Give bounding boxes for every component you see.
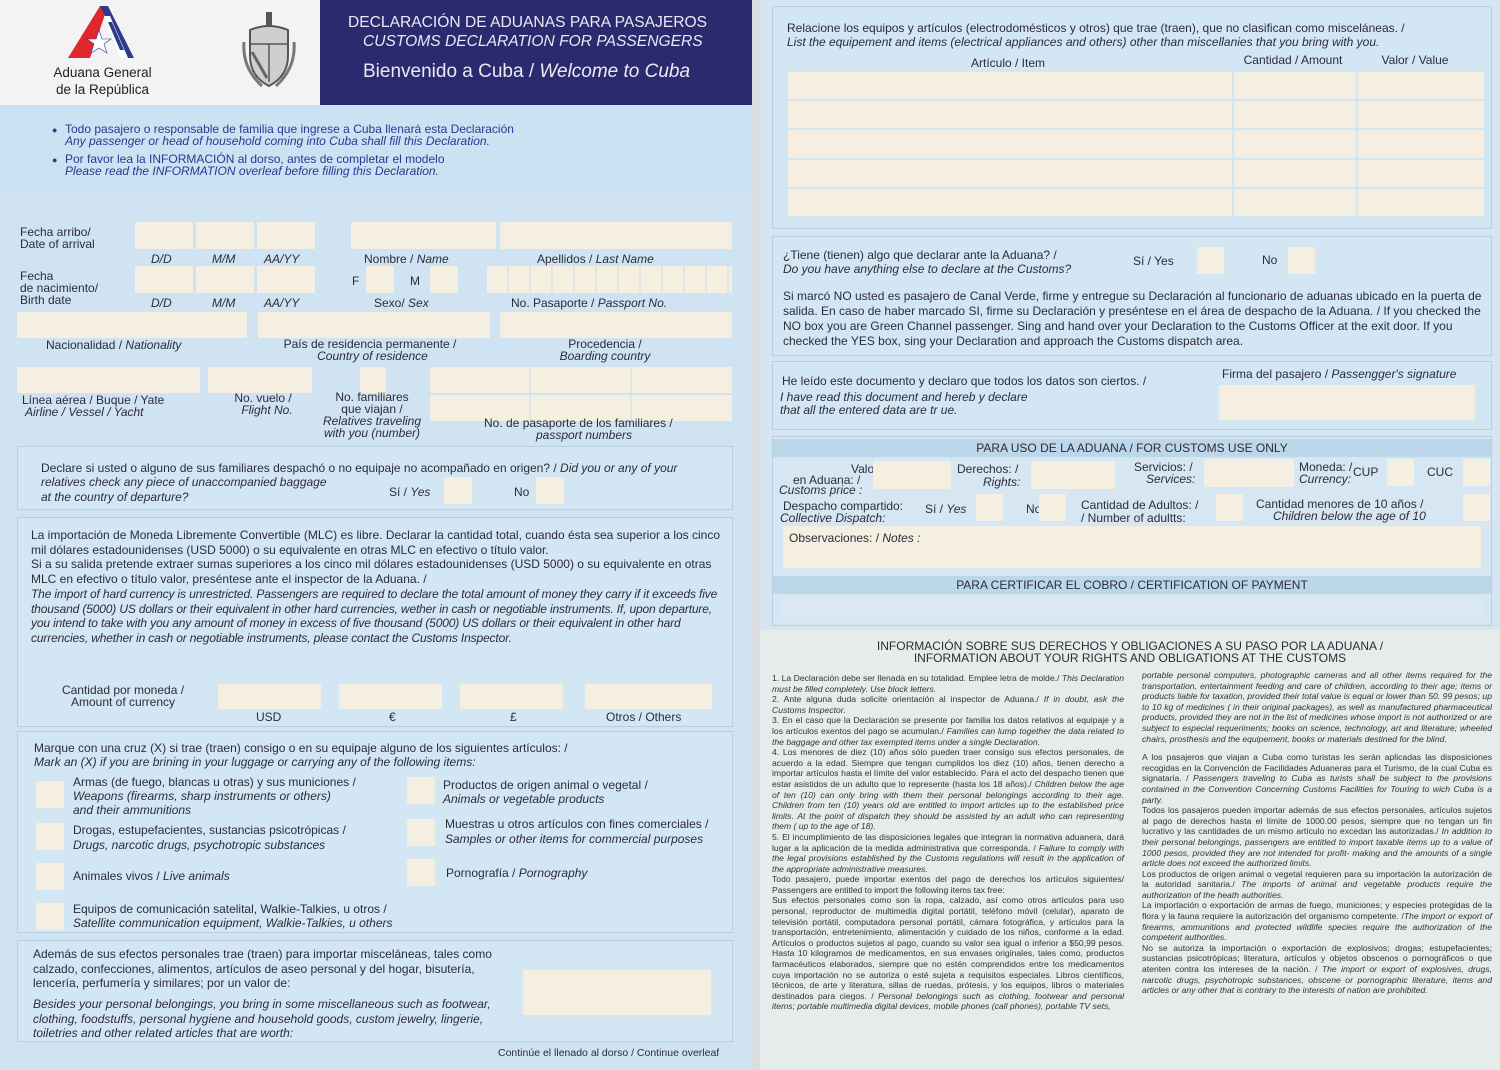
title-es: DECLARACIÓN DE ADUANAS PARA PASAJEROS xyxy=(348,14,707,32)
value-cell[interactable] xyxy=(1358,130,1484,157)
intro-2-en: Please read the INFORMATION overleaf bef… xyxy=(65,164,439,178)
agency-line-1: Aduana General xyxy=(30,64,175,81)
first-name-input[interactable] xyxy=(351,222,496,249)
currency-rule-es-1: La importación de Moneda Libremente Conv… xyxy=(31,528,726,557)
cup-checkbox[interactable] xyxy=(1387,459,1414,486)
passport-en: Passport No. xyxy=(598,296,667,310)
value-cell[interactable] xyxy=(1358,160,1484,187)
live-animals-en: Live animals xyxy=(163,869,230,883)
statement-es: He leído este documento y declaro que to… xyxy=(782,374,1146,388)
agency-name: Aduana General de la República xyxy=(30,64,175,98)
payment-certification-field[interactable] xyxy=(781,597,1483,621)
declare-no-checkbox[interactable] xyxy=(1288,247,1315,274)
signature-label: Firma del pasajero / Passengger's signat… xyxy=(1222,367,1456,381)
info-paragraph: 4. Los menores de diez (10) años sólo pu… xyxy=(772,747,1124,832)
mm-label-2: M/M xyxy=(212,296,235,310)
equipment-list-section: Relacione los equipos y artículos (elect… xyxy=(772,6,1492,229)
name-label: Nombre / Name xyxy=(364,252,449,266)
satellite-label-en: Satellite communication equipment, Walki… xyxy=(73,916,393,930)
dispatch-no-checkbox[interactable] xyxy=(1039,494,1066,521)
relatives-passport-input-row-1[interactable] xyxy=(430,367,732,393)
declare-section: ¿Tiene (tienen) algo que declarar ante l… xyxy=(772,236,1492,356)
dispatch-yes-checbox[interactable] xyxy=(976,494,1003,521)
adults-label-1: Cantidad de Adultos: / xyxy=(1081,498,1198,512)
statement-en-1: I have read this document and hereb y de… xyxy=(780,390,1028,404)
lastname-label: Apellidos / Last Name xyxy=(537,252,654,266)
relatives-label-4: with you (number) xyxy=(318,426,426,440)
coat-of-arms-icon xyxy=(242,12,296,88)
nationality-label: Nacionalidad / Nationality xyxy=(46,338,181,352)
customs-use-section: PARA USO DE LA ADUANA / FOR CUSTOMS USE … xyxy=(772,436,1492,626)
title-en: CUSTOMS DECLARATION FOR PASSENGERS xyxy=(363,33,703,51)
sex-f-label: F xyxy=(352,274,359,288)
declare-q-es: ¿Tiene (tienen) algo que declarar ante l… xyxy=(783,248,1057,262)
services-label-2: Services: xyxy=(1146,472,1195,486)
currency-section: La importación de Moneda Libremente Conv… xyxy=(17,517,733,727)
intro-1-en: Any passenger or head of household comin… xyxy=(65,134,490,148)
live-animals-label: Animales vivos / Live animals xyxy=(73,869,230,883)
weapons-checkbox[interactable] xyxy=(36,781,64,808)
nationality-input[interactable] xyxy=(17,312,247,338)
birth-month-input[interactable] xyxy=(196,266,254,293)
info-paragraph: Todos los pasajeros pueden importar adem… xyxy=(1142,805,1492,869)
item-cell[interactable] xyxy=(788,130,1232,157)
unaccompanied-baggage-section: Declare si usted o alguno de sus familia… xyxy=(17,446,733,510)
yes-en: Yes xyxy=(410,485,430,499)
sex-m-checkbox[interactable] xyxy=(430,266,458,293)
col-value: Valor / Value xyxy=(1355,53,1475,67)
drugs-checkbox[interactable] xyxy=(36,823,64,850)
name-en: Name xyxy=(417,252,449,266)
satellite-equipment-checkbox[interactable] xyxy=(36,903,64,930)
drugs-label: Drogas, estupefacientes, sustancias psic… xyxy=(73,823,346,837)
info-text-es: 2. Ante alguna duda solicite orientación… xyxy=(772,694,1039,704)
amount-cell[interactable] xyxy=(1234,130,1356,157)
birth-year-input[interactable] xyxy=(257,266,315,293)
usd-amount-input[interactable] xyxy=(218,684,321,709)
intro-section: Todo pasajero o responsable de familia q… xyxy=(0,105,752,193)
arrival-label-en: Date of arrival xyxy=(20,237,95,251)
dispatch-yes-label: Sí / Yes xyxy=(925,502,966,516)
services-input[interactable] xyxy=(1204,459,1294,487)
airline-label-en: Airline / Vessel / Yacht xyxy=(25,405,144,419)
amount-cell[interactable] xyxy=(1234,189,1356,216)
baggage-q-en1: Did you or any of your xyxy=(560,461,677,475)
other-currency-input[interactable] xyxy=(585,684,712,709)
samples-label: Muestras u otros artículos con fines com… xyxy=(445,817,708,831)
welcome-en: Welcome to Cuba xyxy=(539,61,690,82)
amount-cell[interactable] xyxy=(1234,101,1356,128)
baggage-no-checkbox[interactable] xyxy=(536,477,564,504)
statement-en-2: that all the entered data are tr ue. xyxy=(780,403,957,417)
live-animals-checkbox[interactable] xyxy=(36,863,64,890)
sex-f-checkbox[interactable] xyxy=(366,266,394,293)
baggage-q-es: Declare si usted o alguno de sus familia… xyxy=(41,461,557,475)
rights-input[interactable] xyxy=(1031,461,1115,489)
baggage-q-en3: at the country of departure? xyxy=(41,490,188,504)
adults-count-input[interactable] xyxy=(1216,494,1243,521)
signature-es: Firma del pasajero / xyxy=(1222,367,1328,381)
rights-label-1: Derechos: / xyxy=(957,462,1018,476)
sex-m-label: M xyxy=(410,274,420,288)
nationality-en: Nationality xyxy=(125,338,181,352)
sex-en: Sex xyxy=(408,296,429,310)
satellite-label: Equipos de comunicación satelital, Walki… xyxy=(73,902,387,916)
dd-label: D/D xyxy=(151,252,172,266)
info-paragraph: 3. En el caso que la Declaración se pres… xyxy=(772,715,1124,747)
dd-label-2: D/D xyxy=(151,296,172,310)
info-paragraph: 2. Ante alguna duda solicite orientación… xyxy=(772,694,1124,715)
pornography-en: Pornography xyxy=(519,866,588,880)
info-paragraph: No se autoriza la importación o exportac… xyxy=(1142,943,1492,996)
yy-label: AA/YY xyxy=(264,252,299,266)
adults-label-2: / Number of adultts: xyxy=(1081,511,1186,525)
info-paragraph: 5. El incumplimiento de las disposicione… xyxy=(772,832,1124,874)
misc-text-es: Además de sus efectos personales trae (t… xyxy=(33,947,501,991)
commercial-samples-checkbox[interactable] xyxy=(407,819,435,846)
residence-input[interactable] xyxy=(258,312,490,338)
value-cell[interactable] xyxy=(1358,72,1484,99)
live-animals-es: Animales vivos / xyxy=(73,869,160,883)
info-paragraph: Los productos de origen animal o vegetal… xyxy=(1142,869,1492,901)
rel-passport-label-en: passport numbers xyxy=(484,428,684,442)
header-title-band: DECLARACIÓN DE ADUANAS PARA PASAJEROS CU… xyxy=(320,0,752,105)
amount-cell[interactable] xyxy=(1234,160,1356,187)
payment-title: PARA CERTIFICAR EL COBRO / CERTIFICATION… xyxy=(773,576,1491,594)
sex-es: Sexo/ xyxy=(374,296,405,310)
flight-number-input[interactable] xyxy=(208,367,312,393)
eur-label: € xyxy=(389,710,396,724)
drugs-label-en: Drugs, narcotic drugs, psychotropic subs… xyxy=(73,838,325,852)
item-cell[interactable] xyxy=(788,160,1232,187)
currency-rule-es-2: Si a su salida pretende extraer sumas su… xyxy=(31,557,726,586)
continue-overleaf-note: Continúe el llenado al dorso / Continue … xyxy=(498,1046,719,1060)
birth-label-3: Birth date xyxy=(20,293,71,307)
info-paragraph: A los pasajeros que viajan a Cuba como t… xyxy=(1142,752,1492,805)
animal-vegetable-label: Productos de origen animal o vegetal / xyxy=(443,778,648,792)
arrival-month-input[interactable] xyxy=(196,222,254,249)
animal-vegetable-label-en: Animals or vegetable products xyxy=(443,792,604,806)
col-item: Artículo / Item xyxy=(788,56,1228,70)
value-cell[interactable] xyxy=(1358,101,1484,128)
info-paragraph: La importación o exportación de armas de… xyxy=(1142,900,1492,942)
information-section: INFORMACIÓN SOBRE SUS DERECHOS Y OBLIGAC… xyxy=(760,630,1500,1070)
declare-yes-checkbox[interactable] xyxy=(1197,247,1224,274)
signature-en: Passengger's signature xyxy=(1331,367,1456,381)
misc-text-en: Besides your personal belongings, you br… xyxy=(33,997,503,1041)
passport-es: No. Pasaporte / xyxy=(511,296,594,310)
notes-label: Observaciones: / Notes : xyxy=(789,531,920,545)
equipment-intro-en: List the equipement and items (electrica… xyxy=(787,35,1379,49)
gbp-label: £ xyxy=(510,710,517,724)
mm-label: M/M xyxy=(212,252,235,266)
baggage-q-en2: relatives check any piece of unaccompani… xyxy=(41,475,327,489)
cuc-label: CUC xyxy=(1427,465,1453,479)
dispatch-label-2: Collective Dispatch: xyxy=(780,511,885,525)
equipment-intro-es: Relacione los equipos y artículos (elect… xyxy=(787,21,1405,35)
weapons-label-en-2: and their ammunitions xyxy=(73,803,191,817)
baggage-question: Declare si usted o alguno de sus familia… xyxy=(41,461,677,475)
cup-label: CUP xyxy=(1353,465,1378,479)
dispatch-yes-es: Sí / xyxy=(925,502,943,516)
misc-value-input[interactable] xyxy=(523,970,711,1015)
value-cell[interactable] xyxy=(1358,189,1484,216)
notes-en: Notes : xyxy=(882,531,920,545)
children-count-input[interactable] xyxy=(1463,494,1490,521)
info-paragraph: portable personal computers, photographi… xyxy=(1142,670,1492,744)
animal-vegetable-checkbox[interactable] xyxy=(407,777,435,804)
declare-q-en: Do you have anything else to declare at … xyxy=(783,262,1071,276)
passport-label: No. Pasaporte / Passport No. xyxy=(511,296,667,310)
col-amount: Cantidad / Amount xyxy=(1233,53,1353,67)
name-es: Nombre / xyxy=(364,252,413,266)
residence-label-en: Country of residence xyxy=(260,349,485,363)
children-label-2: Children below the age of 10 xyxy=(1273,509,1426,523)
declaration-front-page: Aduana General de la República DECLARACI… xyxy=(0,0,752,1070)
cuc-checkbox[interactable] xyxy=(1463,459,1490,486)
boarding-country-input[interactable] xyxy=(500,312,732,338)
last-name-input[interactable] xyxy=(500,222,732,249)
value-label-3: Customs price : xyxy=(779,483,862,497)
info-title-en: INFORMATION ABOUT YOUR RIGHTS AND OBLIGA… xyxy=(760,651,1500,665)
declare-yes-label: Sí / Yes xyxy=(1133,254,1174,268)
declare-no-label: No xyxy=(1262,253,1277,267)
baggage-no-label: No xyxy=(514,485,529,499)
amount-label-en: Amount of currency xyxy=(48,695,198,709)
currency-label-2: Currency: xyxy=(1299,472,1351,486)
info-text-es: 1. La Declaración debe ser llenada en su… xyxy=(772,673,1059,683)
item-cell[interactable] xyxy=(788,72,1232,99)
nationality-es: Nacionalidad / xyxy=(46,338,122,352)
weapons-label: Armas (de fuego, blancas u otras) y sus … xyxy=(73,775,356,789)
welcome-es: Bienvenido a Cuba / xyxy=(363,61,534,82)
arrival-year-input[interactable] xyxy=(257,222,315,249)
passenger-signature-field[interactable] xyxy=(1219,385,1475,420)
pornography-label: Pornografía / Pornography xyxy=(446,866,587,880)
item-cell[interactable] xyxy=(788,101,1232,128)
eur-amount-input[interactable] xyxy=(339,684,442,709)
origin-label-en: Boarding country xyxy=(500,349,710,363)
green-channel-info: Si marcó NO usted es pasajero de Canal V… xyxy=(783,289,1488,349)
airline-input[interactable] xyxy=(17,367,200,393)
aduana-logo-icon xyxy=(66,6,134,58)
agency-line-2: de la República xyxy=(30,81,175,98)
sex-label: Sexo/ Sex xyxy=(374,296,429,310)
equipment-table xyxy=(788,72,1484,218)
baggage-yes-label: Sí / Yes xyxy=(389,485,430,499)
samples-label-en: Samples or other items for commercial pu… xyxy=(445,832,703,846)
currency-rule-en: The import of hard currency is unrestric… xyxy=(31,587,729,645)
info-text-es: Sus efectos personales como son la ropa,… xyxy=(772,895,1124,1000)
info-paragraph: Sus efectos personales como son la ropa,… xyxy=(772,895,1124,1012)
lastname-es: Apellidos / xyxy=(537,252,592,266)
pornography-es: Pornografía / xyxy=(446,866,515,880)
info-column-1: 1. La Declaración debe ser llenada en su… xyxy=(772,673,1124,1012)
passport-number-input[interactable] xyxy=(487,266,732,293)
declaration-back-page: Relacione los equipos y artículos (elect… xyxy=(760,0,1500,1070)
lastname-en: Last Name xyxy=(596,252,654,266)
header-logo-area: Aduana General de la República xyxy=(0,0,320,105)
info-paragraph: 1. La Declaración debe ser llenada en su… xyxy=(772,673,1124,694)
item-cell[interactable] xyxy=(788,189,1232,216)
flight-label-en: Flight No. xyxy=(232,403,302,417)
customs-price-input[interactable] xyxy=(873,461,951,489)
items-intro-es: Marque con una cruz (X) si trae (traen) … xyxy=(34,741,568,755)
amount-cell[interactable] xyxy=(1234,72,1356,99)
pornography-checkbox[interactable] xyxy=(407,859,435,886)
info-paragraph: Todo pasajero, puede importar exentos de… xyxy=(772,874,1124,895)
rights-label-2: Rights: xyxy=(983,475,1020,489)
info-text-en: Passengers traveling to Cuba as turists … xyxy=(1142,773,1492,804)
dispatch-yes-en: Yes xyxy=(946,502,966,516)
items-intro-en: Mark an (X) if you are brining in your l… xyxy=(34,755,476,769)
usd-label: USD xyxy=(256,710,281,724)
birth-day-input[interactable] xyxy=(135,266,193,293)
arrival-day-input[interactable] xyxy=(135,222,193,249)
yy-label-2: AA/YY xyxy=(264,296,299,310)
welcome-line: Bienvenido a Cuba / Welcome to Cuba xyxy=(363,61,690,83)
notes-es: Observaciones: / xyxy=(789,531,879,545)
miscellaneous-section: Además de sus efectos personales trae (t… xyxy=(17,940,733,1042)
weapons-label-en: Weapons (firearms, sharp instruments or … xyxy=(73,789,331,803)
customs-use-title: PARA USO DE LA ADUANA / FOR CUSTOMS USE … xyxy=(773,439,1491,457)
restricted-items-section: Marque con una cruz (X) si trae (traen) … xyxy=(17,731,733,933)
info-column-2: portable personal computers, photographi… xyxy=(1142,670,1492,996)
gbp-amount-input[interactable] xyxy=(460,684,563,709)
yes-es: Sí / xyxy=(389,485,407,499)
baggage-yes-checkbox[interactable] xyxy=(444,477,472,504)
others-label: Otros / Others xyxy=(606,710,681,724)
signature-section: He leído este documento y declaro que to… xyxy=(772,361,1492,430)
